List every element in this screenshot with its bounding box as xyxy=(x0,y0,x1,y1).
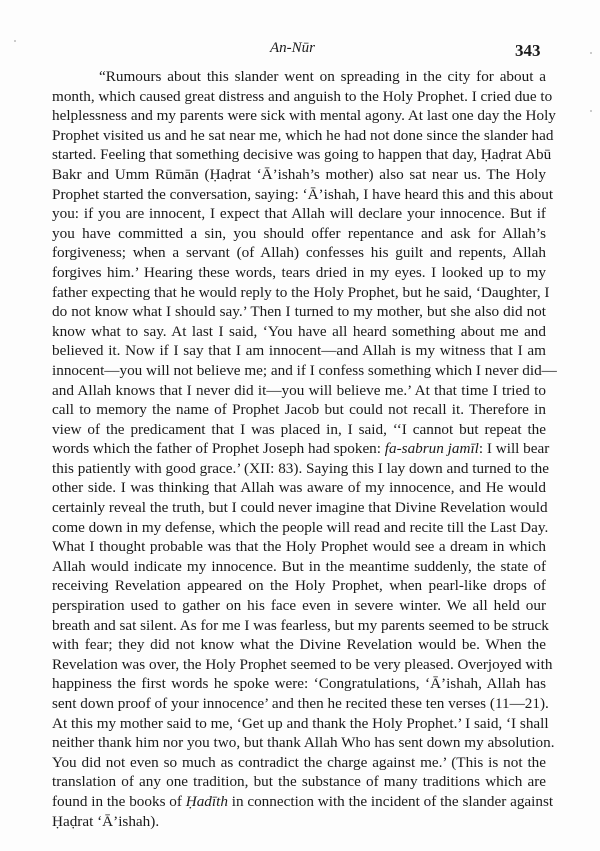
transliteration-italic: fa-sabrun jamīl xyxy=(385,440,479,457)
text-line: What I thought probable was that the Hol… xyxy=(52,537,546,557)
text-line-with-transliteration: words which the father of Prophet Joseph… xyxy=(52,439,546,459)
text-segment: in connection with the incident of the s… xyxy=(228,793,553,810)
text-line: Bakr and Umm Rūmān (Ḥaḍrat ‘Ā’ishah’s mo… xyxy=(52,165,546,185)
text-line: neither thank him nor you two, but thank… xyxy=(52,733,546,753)
text-line: You did not even so much as contradict t… xyxy=(52,753,546,773)
text-line: forgiveness; when a servant (of Allah) c… xyxy=(52,243,546,263)
page-number: 343 xyxy=(515,41,541,61)
text-line: Prophet started the conversation, saying… xyxy=(52,185,546,205)
text-line: perspiration used to gather on his face … xyxy=(52,596,546,616)
text-line: you have committed a sin, you should off… xyxy=(52,224,546,244)
text-line: At this my mother said to me, ‘Get up an… xyxy=(52,714,546,734)
text-line: Revelation was over, the Holy Prophet se… xyxy=(52,655,546,675)
text-line: breath and sat silent. As for me I was f… xyxy=(52,616,546,636)
running-header: An-Nūr 343 xyxy=(0,40,600,62)
text-line: you: if you are innocent, I expect that … xyxy=(52,204,546,224)
text-line: other side. I was thinking that Allah wa… xyxy=(52,478,546,498)
text-segment: words which the father of Prophet Joseph… xyxy=(52,440,385,457)
text-line: innocent—you will not believe me; and if… xyxy=(52,361,546,381)
body-paragraph: “Rumours about this slander went on spre… xyxy=(52,67,546,831)
text-line-last: Ḥaḍrat ‘Ā’ishah). xyxy=(52,812,546,832)
text-segment: found in the books of xyxy=(52,793,186,810)
chapter-title: An-Nūr xyxy=(270,40,315,57)
book-page: An-Nūr 343 “Rumours about this slander w… xyxy=(0,0,600,851)
scan-speck xyxy=(590,52,592,54)
hadith-italic: Ḥadīth xyxy=(186,793,228,810)
text-line: and Allah knows that I never did it—you … xyxy=(52,381,546,401)
text-line: happiness the first words he spoke were:… xyxy=(52,674,546,694)
text-line: certainly reveal the truth, but I could … xyxy=(52,498,546,518)
text-line: forgives him.’ Hearing these words, tear… xyxy=(52,263,546,283)
text-line: believed it. Now if I say that I am inno… xyxy=(52,341,546,361)
text-line: month, which caused great distress and a… xyxy=(52,87,546,107)
text-line: with fear; they did not know what the Di… xyxy=(52,635,546,655)
text-line: call to memory the name of Prophet Jacob… xyxy=(52,400,546,420)
scan-speck xyxy=(590,110,592,112)
text-line: do not know what I should say.’ Then I t… xyxy=(52,302,546,322)
text-line: started. Feeling that something decisive… xyxy=(52,145,546,165)
text-line: Allah would indicate my innocence. But i… xyxy=(52,557,546,577)
text-line: helplessness and my parents were sick wi… xyxy=(52,106,546,126)
scan-speck xyxy=(14,40,16,42)
text-line-with-italic-term: found in the books of Ḥadīth in connecti… xyxy=(52,792,546,812)
text-line: Prophet visited us and he sat near me, w… xyxy=(52,126,546,146)
text-line: father expecting that he would reply to … xyxy=(52,283,546,303)
text-line: receiving Revelation appeared on the Hol… xyxy=(52,576,546,596)
text-line: come down in my defense, which the peopl… xyxy=(52,518,546,538)
text-line: “Rumours about this slander went on spre… xyxy=(52,67,546,87)
text-line: know what to say. At last I said, ‘You h… xyxy=(52,322,546,342)
text-line: view of the predicament that I was place… xyxy=(52,420,546,440)
text-line: sent down proof of your innocence’ and t… xyxy=(52,694,546,714)
text-line: this patiently with good grace.’ (XII: 8… xyxy=(52,459,546,479)
text-line: translation of any one tradition, but th… xyxy=(52,772,546,792)
text-segment: : I will bear xyxy=(479,440,549,457)
